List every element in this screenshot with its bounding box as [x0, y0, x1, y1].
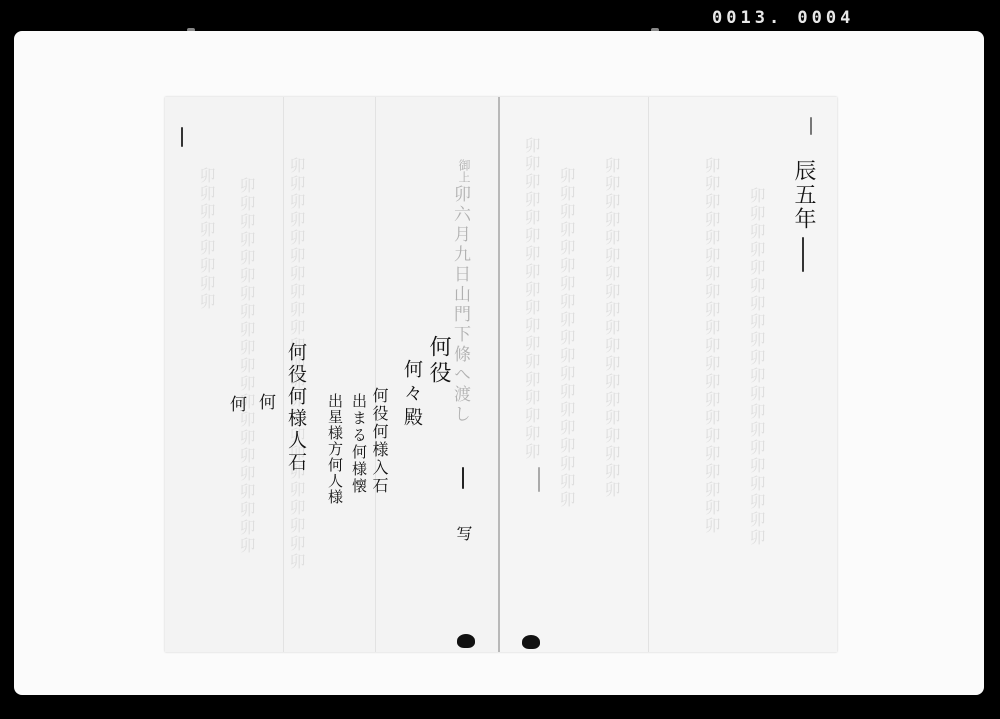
bleed-through-text: 卯卯卯卯卯卯卯卯卯卯卯卯卯卯卯卯卯卯卯: [555, 167, 578, 587]
entry-column: 何々殿: [402, 359, 421, 431]
page-fold: [283, 97, 284, 652]
ink-blot: [522, 635, 540, 649]
page-fold: [648, 97, 649, 652]
margin-mark: [810, 117, 812, 135]
header-note: 御上: [458, 159, 470, 183]
entry-column: 出星様方何人様: [327, 393, 342, 505]
page-title: 辰五年: [792, 159, 814, 231]
entry-column: 何役: [427, 335, 449, 387]
entry-column: 出まる何様懐: [351, 393, 366, 495]
entry-column: 何: [256, 393, 273, 410]
frame-counter: 0013. 0004: [712, 8, 854, 28]
title-tail-stroke: [802, 237, 804, 272]
entry-column: 何役何様人石: [286, 342, 305, 474]
margin-mark: [181, 127, 183, 147]
document-spread: 卯卯卯卯卯卯卯卯卯卯卯卯卯卯卯卯卯卯卯卯卯卯卯 卯卯卯卯卯卯卯卯卯卯卯卯卯卯卯卯…: [165, 97, 837, 652]
ink-blot: [457, 634, 475, 648]
right-page: 卯卯卯卯卯卯卯卯卯卯卯卯卯卯卯卯卯卯卯卯 卯卯卯卯卯卯卯卯卯卯卯卯卯卯卯卯卯卯卯…: [500, 97, 837, 652]
left-page: 卯卯卯卯卯卯卯卯卯卯卯卯卯卯卯卯卯卯卯卯卯卯卯 卯卯卯卯卯卯卯卯卯卯卯卯卯卯卯卯…: [165, 97, 500, 652]
page-fold: [375, 97, 376, 652]
bleed-through-text: 卯卯卯卯卯卯卯卯卯卯卯卯卯卯卯卯卯卯卯: [600, 157, 623, 577]
bleed-through-text: 卯卯卯卯卯卯卯卯: [195, 167, 218, 347]
bleed-through-text: 卯卯卯卯卯卯卯卯卯卯卯卯卯卯卯卯卯卯卯卯卯: [700, 157, 723, 617]
bracket-mark: [462, 467, 464, 489]
bleed-through-text: 卯卯卯卯卯卯卯卯卯卯卯卯卯卯卯卯卯卯卯卯: [745, 187, 768, 627]
date-line: 卯六月九日山門下條へ渡し: [451, 185, 468, 425]
closing-character: 写: [455, 525, 471, 541]
bracket-mark: [538, 467, 540, 492]
entry-column: 何役何様入石: [371, 387, 387, 495]
entry-column: 何: [227, 395, 244, 412]
